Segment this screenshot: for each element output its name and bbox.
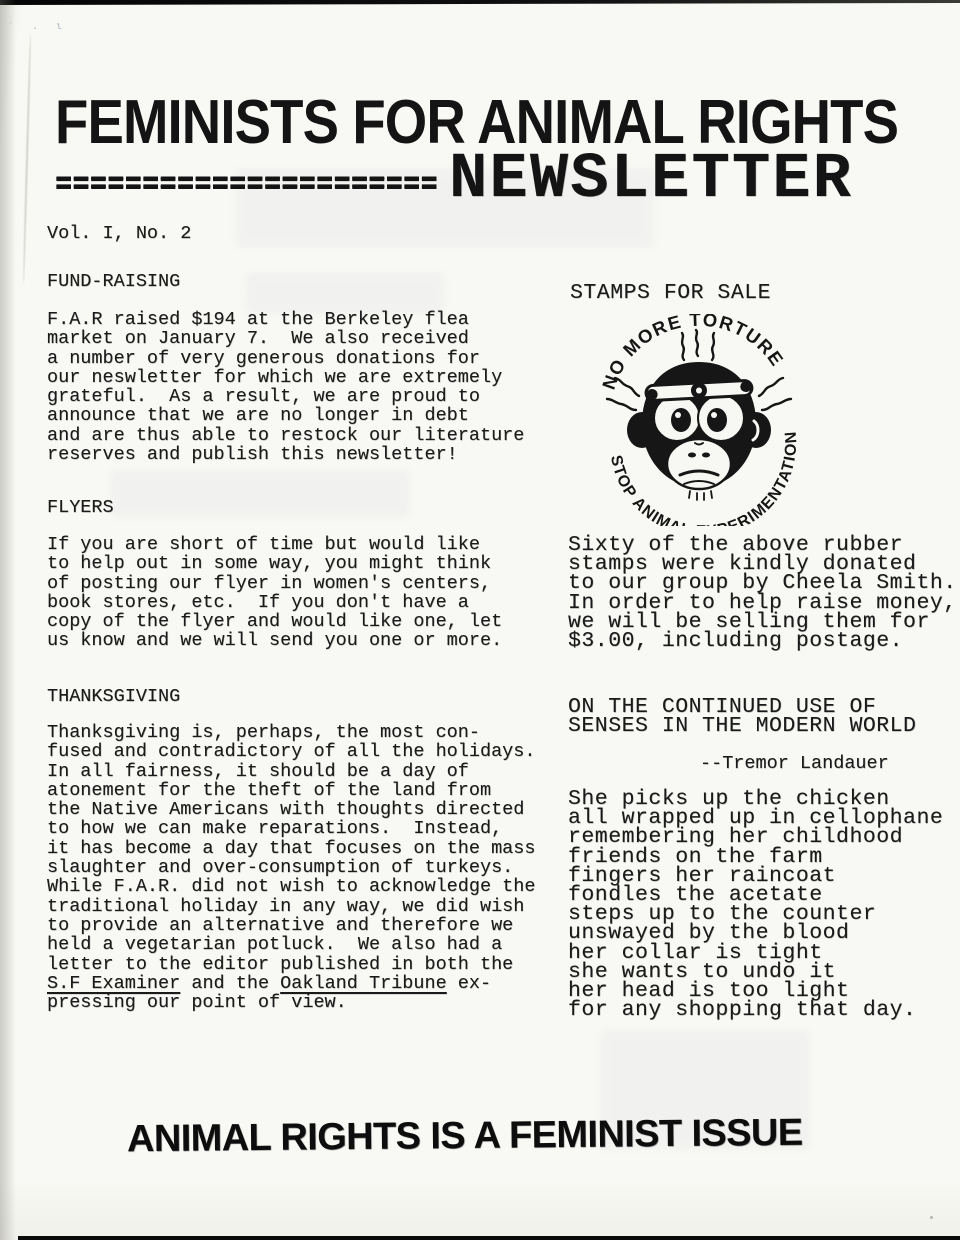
stamps-paragraph: Sixty of the above rubber stamps were ki… (568, 536, 957, 651)
section-heading-stamps-for-sale: STAMPS FOR SALE (570, 284, 771, 303)
rubber-stamp-illustration: NO MORE TORTURE STOP ANIMAL EXPERIMENTAT… (583, 314, 815, 526)
poem-attribution: --Tremor Landauer (700, 754, 889, 773)
newsletter-page: ʿ . ι FEMINISTS FOR ANIMAL RIGHTS ======… (0, 0, 960, 1240)
flyers-paragraph: If you are short of time but would like … (47, 535, 502, 651)
newspaper-name-oakland-tribune: Oakland Tribune (280, 973, 447, 994)
section-heading-flyers: FLYERS (47, 498, 114, 517)
paper-crease (23, 34, 32, 284)
section-heading-fund-raising: FUND-RAISING (47, 272, 180, 291)
volume-line: Vol. I, No. 2 (47, 224, 191, 243)
thanksgiving-paragraph: Thanksgiving is, perhaps, the most con- … (47, 723, 535, 1012)
newspaper-name-sf-examiner: S.F Examiner (47, 973, 180, 994)
poem-body: She picks up the chicken all wrapped up … (568, 790, 943, 1020)
thanksgiving-text: Thanksgiving is, perhaps, the most con- … (47, 722, 535, 975)
thanksgiving-text: and the (180, 973, 280, 994)
scan-artifact (110, 470, 410, 518)
scan-artifact (245, 272, 445, 314)
scan-speck (930, 1216, 933, 1219)
section-heading-thanksgiving: THANKSGIVING (47, 687, 180, 706)
poem-heading: ON THE CONTINUED USE OF SENSES IN THE MO… (568, 698, 916, 736)
pencil-marks: ʿ . ι (8, 22, 68, 33)
scan-edge-top (0, 0, 960, 5)
fund-raising-paragraph: F.A.R raised $194 at the Berkeley flea m… (47, 310, 524, 464)
masthead-dashes: ====================== (55, 170, 438, 199)
scan-edge-bottom (18, 1236, 960, 1240)
newsletter-subtitle: NEWSLETTER (449, 148, 853, 212)
footer-banner: ANIMAL RIGHTS IS A FEMINIST ISSUE (127, 1114, 803, 1158)
scan-edge-left (0, 0, 16, 1240)
